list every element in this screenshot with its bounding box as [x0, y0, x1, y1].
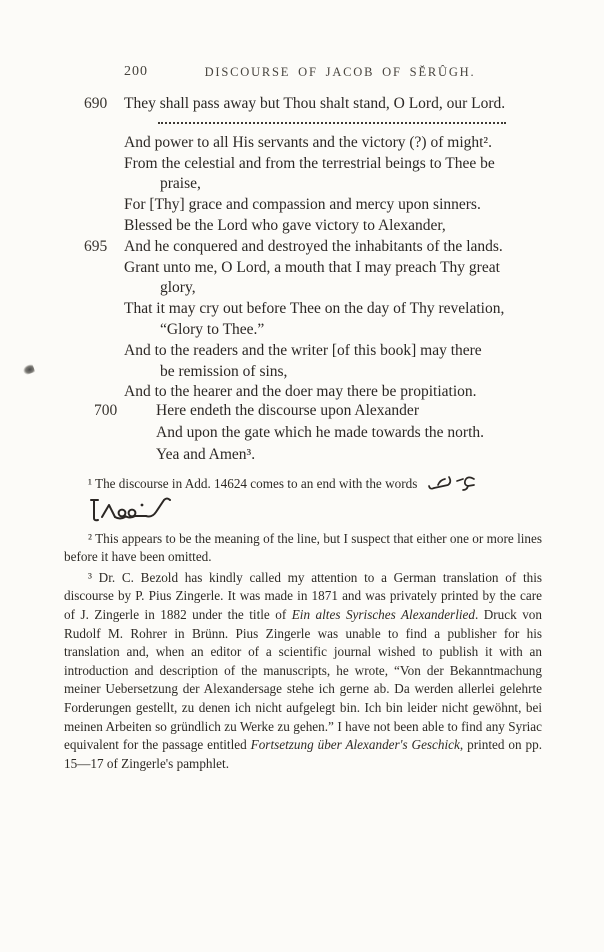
verse-number: 690: [84, 94, 124, 115]
syriac-script-line: [88, 497, 542, 525]
page-number: 200: [124, 64, 148, 80]
running-head: 200 DISCOURSE OF JACOB OF SĔRÛGH.: [0, 64, 604, 84]
verse-text: For [Thy] grace and compassion and mercy…: [124, 195, 481, 216]
verse-line: For [Thy] grace and compassion and mercy…: [84, 195, 584, 216]
verse-line-continuation: praise,: [84, 174, 584, 195]
footnote-3: ³ Dr. C. Bezold has kindly called my att…: [64, 569, 542, 774]
verse-line: And to the readers and the writer [of th…: [84, 341, 584, 362]
verse-text: And to the readers and the writer [of th…: [124, 341, 482, 362]
verse-text: Blessed be the Lord who gave victory to …: [124, 216, 446, 237]
verse-line: That it may cry out before Thee on the d…: [84, 299, 584, 320]
footnote-3-text: . Druck von Rudolf M. Rohrer in Brünn. P…: [64, 607, 542, 752]
verse-line-continuation: glory,: [84, 278, 584, 299]
verse-text: And power to all His servants and the vi…: [124, 133, 492, 154]
verse-text: That it may cry out before Thee on the d…: [124, 299, 504, 320]
verse-text: be remission of sins,: [124, 362, 287, 383]
colophon-block: 700 Here endeth the discourse upon Alexa…: [94, 400, 574, 465]
verse-line: From the celestial and from the terrestr…: [84, 154, 584, 175]
verse-line: Blessed be the Lord who gave victory to …: [84, 216, 584, 237]
verse-block: 690 They shall pass away but Thou shalt …: [84, 94, 584, 403]
footnote-2-text: ² This appears to be the meaning of the …: [64, 531, 542, 565]
colophon-text: Here endeth the discourse upon Alexander: [156, 400, 419, 422]
verse-line: Grant unto me, O Lord, a mouth that I ma…: [84, 258, 584, 279]
colophon-text: Yea and Amen³.: [156, 444, 255, 466]
verse-line: 690 They shall pass away but Thou shalt …: [84, 94, 584, 115]
footnote-1-text: ¹ The discourse in Add. 14624 comes to a…: [88, 476, 417, 491]
footnote-2: ² This appears to be the meaning of the …: [64, 530, 542, 567]
verse-text: praise,: [124, 174, 201, 195]
footnote-3-italic-title: Ein altes Syrisches Alexanderlied: [292, 607, 475, 622]
ellipsis-dotted-line: [158, 122, 506, 124]
verse-line-continuation: “Glory to Thee.”: [84, 320, 584, 341]
running-title: DISCOURSE OF JACOB OF SĔRÛGH.: [150, 65, 530, 80]
footnote-3-italic-title: Fortsetzung über Alexander's Geschick: [251, 737, 460, 752]
verse-number: 695: [84, 237, 124, 258]
footnotes-block: ¹ The discourse in Add. 14624 comes to a…: [64, 474, 542, 775]
footnote-1: ¹ The discourse in Add. 14624 comes to a…: [64, 474, 542, 494]
scanned-book-page: 200 DISCOURSE OF JACOB OF SĔRÛGH. 690 Th…: [0, 0, 604, 952]
colophon-text: And upon the gate which he made towards …: [156, 422, 484, 444]
verse-line: 695 And he conquered and destroyed the i…: [84, 237, 584, 258]
verse-text: Grant unto me, O Lord, a mouth that I ma…: [124, 258, 500, 279]
verse-text: And he conquered and destroyed the inhab…: [124, 237, 503, 258]
verse-number: 700: [94, 400, 156, 422]
verse-line-continuation: be remission of sins,: [84, 362, 584, 383]
colophon-line: 700 Here endeth the discourse upon Alexa…: [94, 400, 574, 422]
verse-text: From the celestial and from the terrestr…: [124, 154, 495, 175]
colophon-line: Yea and Amen³.: [94, 444, 574, 466]
verse-text: “Glory to Thee.”: [124, 320, 264, 341]
verse-line: And power to all His servants and the vi…: [84, 133, 584, 154]
verse-text: glory,: [124, 278, 196, 299]
ink-smudge: [22, 363, 35, 375]
colophon-line: And upon the gate which he made towards …: [94, 422, 574, 444]
verse-text: They shall pass away but Thou shalt stan…: [124, 94, 505, 115]
syriac-inline-script: [423, 474, 477, 492]
